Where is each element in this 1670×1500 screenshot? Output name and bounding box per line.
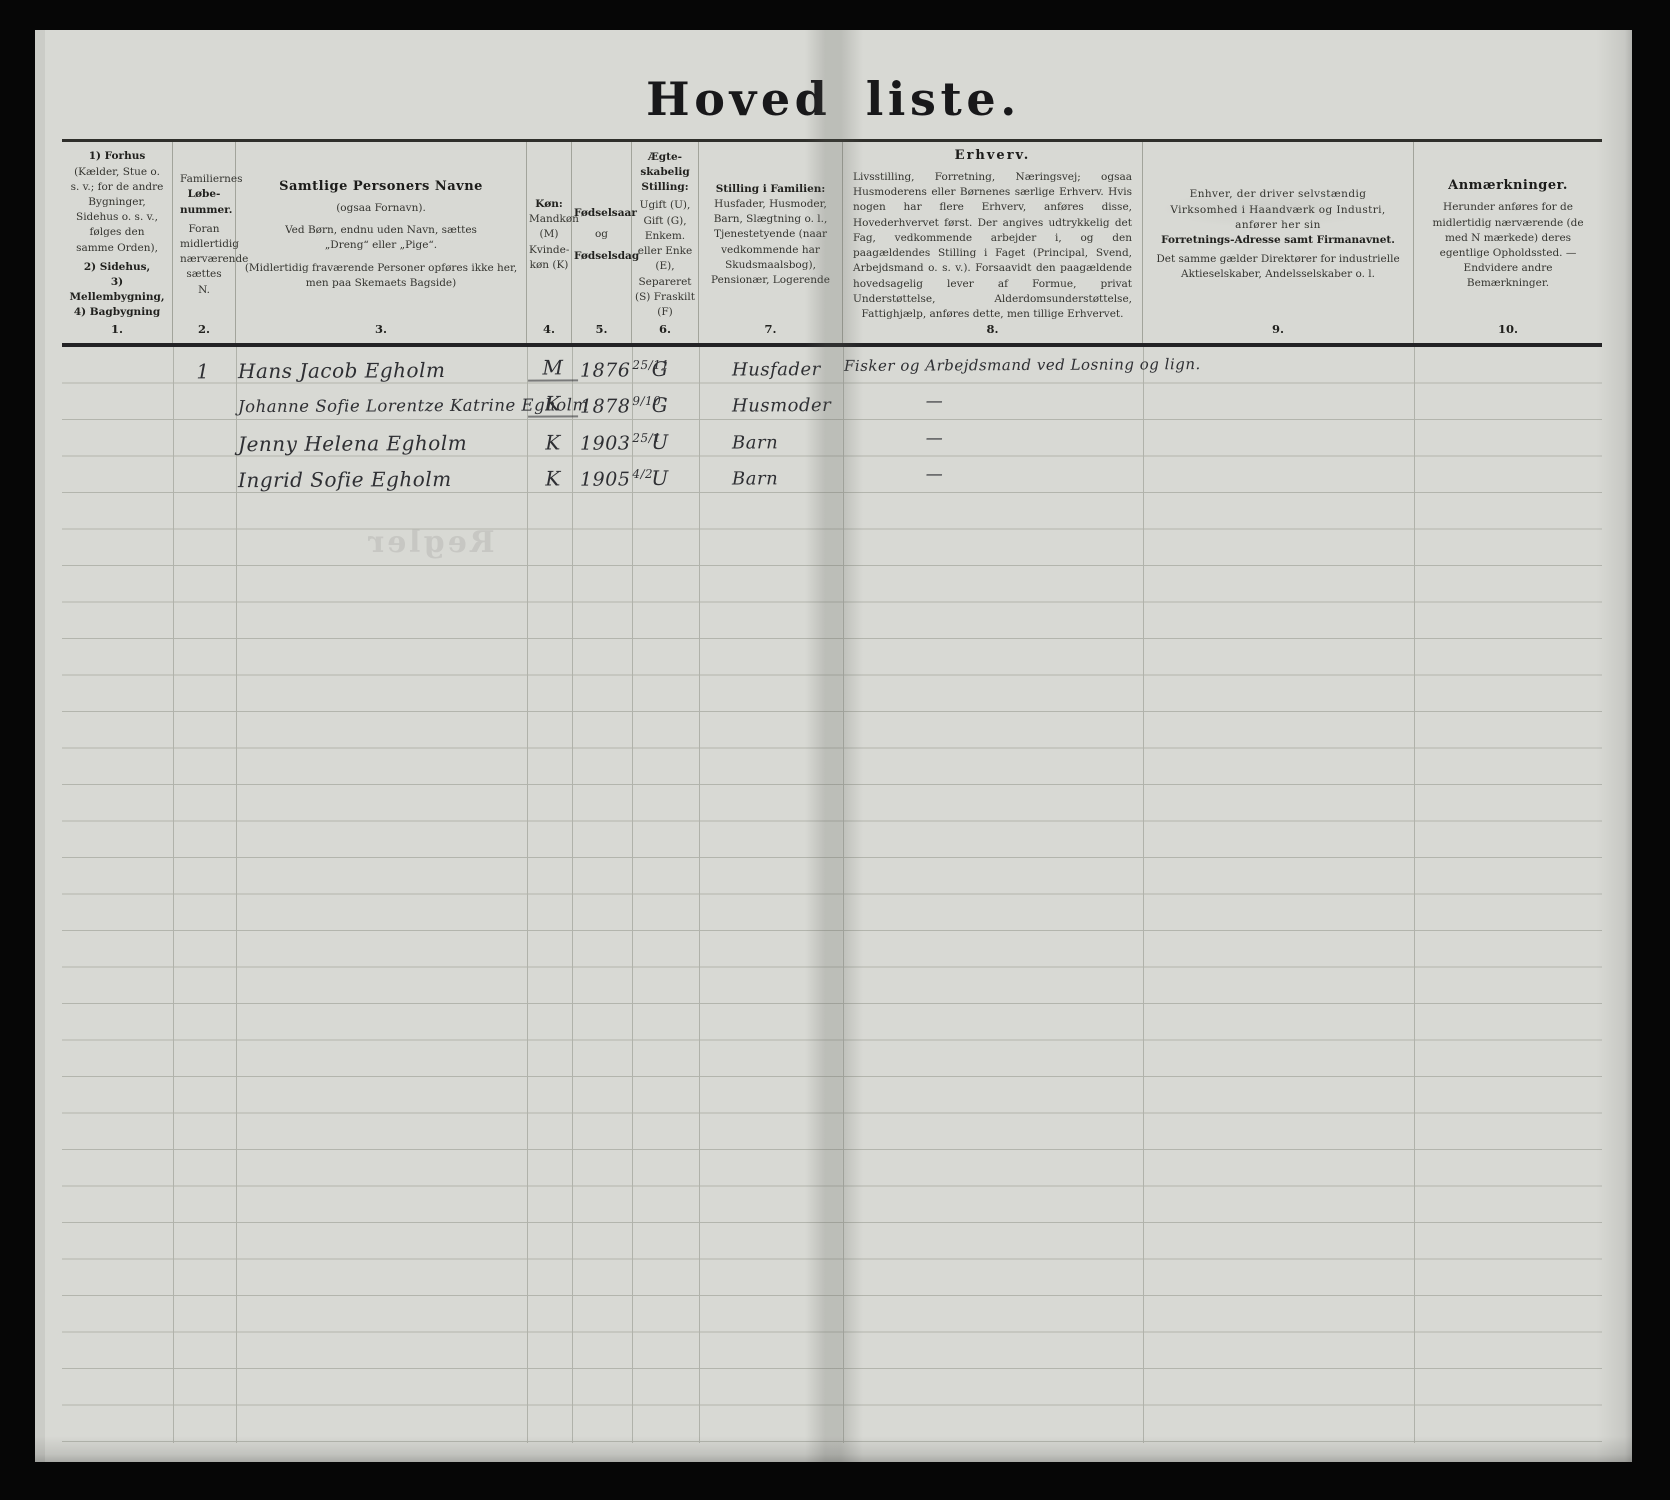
column-divider <box>572 347 573 1443</box>
header-title: Erhverv. <box>853 148 1132 163</box>
header-content: Familiernes Løbe- nummer. Foran midlerti… <box>173 142 235 322</box>
column-header-forhus: 1) Forhus (Kælder, Stue o. s. v.; for de… <box>62 142 173 343</box>
header-content: Enhver, der driver selvstændig Virksomhe… <box>1143 142 1413 322</box>
column-number: 8. <box>843 322 1142 343</box>
column-header-navne: Samtlige Personers Navne (ogsaa Fornavn)… <box>236 142 527 343</box>
scan-background: Hoved liste. Regler 1) Forhus (Kælder, S… <box>0 0 1670 1500</box>
header-line: „Dreng“ eller „Pige“. <box>243 238 519 253</box>
header-line: Enhver, der driver selvstændig Virksomhe… <box>1155 187 1401 233</box>
column-divider <box>632 347 633 1443</box>
header-line: Fødselsaar <box>574 206 629 221</box>
header-content: Fødselsaar og Fødselsdag <box>572 142 631 322</box>
page-edge-shadow-left <box>35 30 45 1462</box>
cell-occupation: Fisker og Arbejdsmand ved Losning og lig… <box>844 355 1201 375</box>
document-page: Hoved liste. Regler 1) Forhus (Kælder, S… <box>35 30 1632 1462</box>
header-content: Samtlige Personers Navne (ogsaa Fornavn)… <box>236 142 526 322</box>
cell-occupation: — <box>862 391 1007 412</box>
cell-family-number: 1 <box>190 359 216 383</box>
header-line: Mandkøn <box>529 212 569 227</box>
column-divider <box>173 347 174 1443</box>
column-divider <box>1143 347 1144 1443</box>
cell-sex: K <box>528 430 578 454</box>
cell-sex: K <box>528 466 578 490</box>
header-line: Herunder anføres for de midlertidig nærv… <box>1424 200 1592 291</box>
header-line: 1) Forhus <box>69 149 165 164</box>
header-line: nummer. <box>180 203 228 218</box>
column-divider <box>236 347 237 1443</box>
header-line: og <box>574 227 629 242</box>
birth-year: 1903 <box>580 432 630 454</box>
cell-sex: K <box>528 391 578 417</box>
cell-occupation: — <box>862 428 1007 449</box>
column-header-erhverv: Erhverv. Livsstilling, Forretning, Nærin… <box>843 142 1143 343</box>
header-line: Ægte- <box>635 150 695 165</box>
header-line: (Kælder, Stue o. s. v.; for de andre Byg… <box>69 165 165 256</box>
cell-name: Jenny Helena Egholm <box>238 431 467 456</box>
column-divider <box>699 347 700 1443</box>
cell-name: Hans Jacob Egholm <box>238 358 446 383</box>
page-edge-shadow-right <box>1596 30 1632 1462</box>
header-line: Fødselsdag <box>574 249 629 264</box>
header-line: Kvinde- <box>529 243 569 258</box>
column-header-fodselsaar: Fødselsaar og Fødselsdag 5. <box>572 142 632 343</box>
header-title: Anmærkninger. <box>1424 178 1592 193</box>
column-header-forretningsadresse: Enhver, der driver selvstændig Virksomhe… <box>1143 142 1414 343</box>
header-content: Ægte- skabelig Stilling: Ugift (U), Gift… <box>632 142 698 322</box>
column-header-kon: Køn: Mandkøn (M) Kvinde- køn (K) 4. <box>527 142 572 343</box>
column-number: 1. <box>62 322 172 343</box>
header-line: Livsstilling, Forretning, Næringsvej; og… <box>853 170 1132 322</box>
column-divider <box>1414 347 1415 1443</box>
cell-sex: M <box>528 355 578 381</box>
birth-year: 1878 <box>580 395 630 417</box>
header-line: skabelig <box>635 165 695 180</box>
header-content: 1) Forhus (Kælder, Stue o. s. v.; for de… <box>62 142 172 322</box>
column-header-aegteskabelig: Ægte- skabelig Stilling: Ugift (U), Gift… <box>632 142 699 343</box>
header-line: Familiernes <box>180 172 228 187</box>
column-number: 6. <box>632 322 698 343</box>
cell-family-position: Barn <box>732 468 778 489</box>
header-line: Køn: <box>529 197 569 212</box>
column-number: 3. <box>236 322 526 343</box>
cell-marital-status: U <box>630 430 690 454</box>
header-line: 3) Mellembygning, <box>69 275 165 305</box>
header-line: (M) <box>529 227 569 242</box>
header-line: (ogsaa Fornavn). <box>243 201 519 216</box>
header-line: køn (K) <box>529 258 569 273</box>
header-content: Køn: Mandkøn (M) Kvinde- køn (K) <box>527 142 571 322</box>
cell-marital-status: G <box>630 393 690 417</box>
birth-year: 1876 <box>580 359 630 381</box>
cell-family-position: Barn <box>732 432 778 453</box>
column-number: 10. <box>1414 322 1602 343</box>
column-divider <box>527 347 528 1443</box>
header-line: 2) Sidehus, <box>69 260 165 275</box>
header-content: Erhverv. Livsstilling, Forretning, Nærin… <box>843 142 1142 322</box>
header-line: 4) Bagbygning <box>69 305 165 320</box>
header-line: Det samme gælder Direktører for industri… <box>1155 252 1401 282</box>
header-line: Løbe- <box>180 187 228 202</box>
column-header-anmaerkninger: Anmærkninger. Herunder anføres for de mi… <box>1414 142 1602 343</box>
birth-year: 1905 <box>580 468 630 490</box>
column-header-lobenummer: Familiernes Løbe- nummer. Foran midlerti… <box>173 142 236 343</box>
column-number: 4. <box>527 322 571 343</box>
cell-marital-status: U <box>630 466 690 490</box>
header-line: Forretnings-Adresse samt Firmanavnet. <box>1155 233 1401 248</box>
column-number: 2. <box>173 322 235 343</box>
header-line: Ved Børn, endnu uden Navn, sættes <box>243 223 519 238</box>
column-number: 9. <box>1143 322 1413 343</box>
header-line: Stilling: <box>635 180 695 195</box>
page-fold-gutter <box>805 30 863 1462</box>
cell-name: Ingrid Sofie Egholm <box>238 467 452 492</box>
page-edge-shadow-bottom <box>35 1436 1632 1462</box>
header-line: (Midlertidig fraværende Personer opføres… <box>243 261 519 291</box>
cell-marital-status: G <box>630 357 690 381</box>
header-line: Ugift (U), Gift (G), Enkem. eller Enke (… <box>635 198 695 320</box>
cell-occupation: — <box>862 464 1007 485</box>
header-content: Anmærkninger. Herunder anføres for de mi… <box>1414 142 1602 322</box>
header-line: Foran midlertidig nærværende sættes N. <box>180 222 228 298</box>
column-number: 5. <box>572 322 631 343</box>
header-title: Samtlige Personers Navne <box>243 179 519 194</box>
